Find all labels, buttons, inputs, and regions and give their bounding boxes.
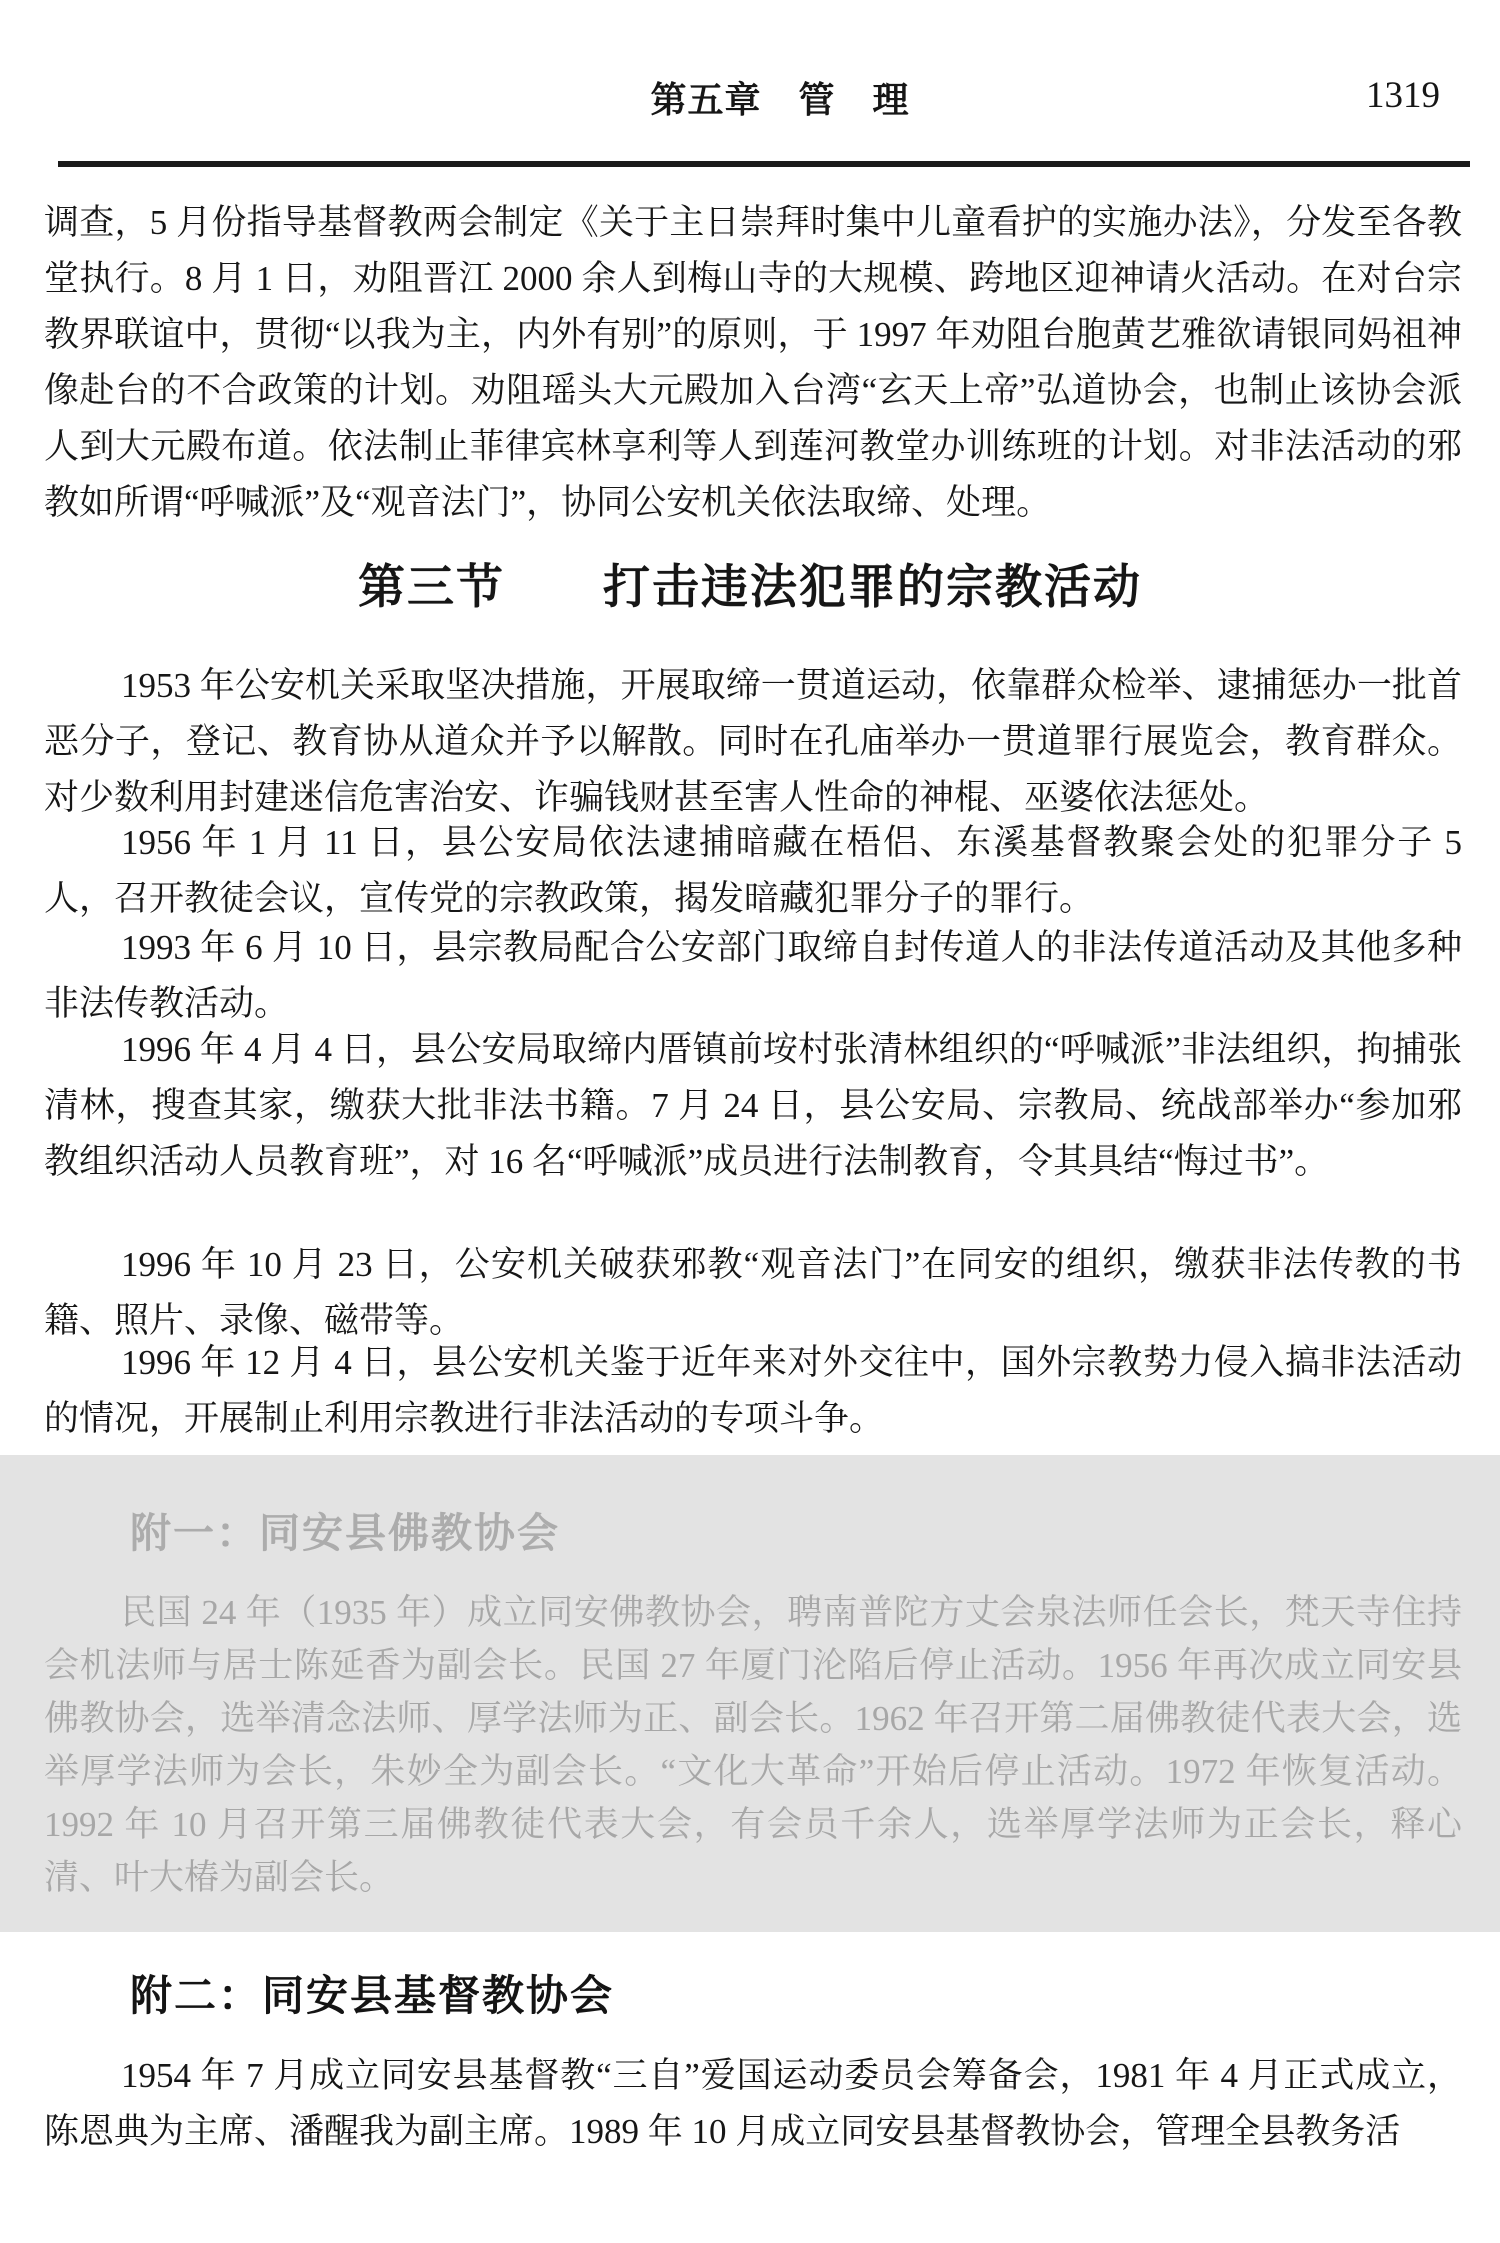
section-paragraph: 1996 年 4 月 4 日，县公安局取缔内厝镇前垵村张清林组织的“呼喊派”非法… — [44, 1022, 1462, 1190]
appendix-2-title: 附二：同安县基督教协会 — [130, 1963, 614, 2023]
section-paragraph: 1993 年 6 月 10 日，县宗教局配合公安部门取缔自封传道人的非法传道活动… — [44, 920, 1462, 1032]
header-rule — [58, 161, 1470, 167]
section-paragraph: 1996 年 10 月 23 日，公安机关破获邪教“观音法门”在同安的组织，缴获… — [44, 1237, 1462, 1349]
appendix-2-paragraph: 1954 年 7 月成立同安县基督教“三自”爱国运动委员会筹备会，1981 年 … — [44, 2048, 1462, 2160]
appendix-1-paragraph: 民国 24 年（1935 年）成立同安佛教协会，聘南普陀方丈会泉法师任会长，梵天… — [44, 1586, 1462, 1904]
book-page: 第五章 管 理 1319 调查，5 月份指导基督教两会制定《关于主日崇拜时集中儿… — [0, 0, 1500, 2243]
section-paragraph: 1953 年公安机关采取坚决措施，开展取缔一贯道运动，依靠群众检举、逮捕惩办一批… — [44, 658, 1462, 826]
intro-paragraph: 调查，5 月份指导基督教两会制定《关于主日崇拜时集中儿童看护的实施办法》，分发至… — [44, 195, 1462, 531]
appendix-1-title: 附一：同安县佛教协会 — [130, 1500, 560, 1559]
section-title: 第三节 打击违法犯罪的宗教活动 — [0, 550, 1500, 617]
section-paragraph: 1996 年 12 月 4 日，县公安机关鉴于近年来对外交往中，国外宗教势力侵入… — [44, 1335, 1462, 1447]
section-paragraph: 1956 年 1 月 11 日，县公安局依法逮捕暗藏在梧侣、东溪基督教聚会处的犯… — [44, 815, 1462, 927]
running-header-chapter-title: 第五章 管 理 — [60, 72, 1500, 123]
page-number: 1319 — [1366, 74, 1440, 117]
